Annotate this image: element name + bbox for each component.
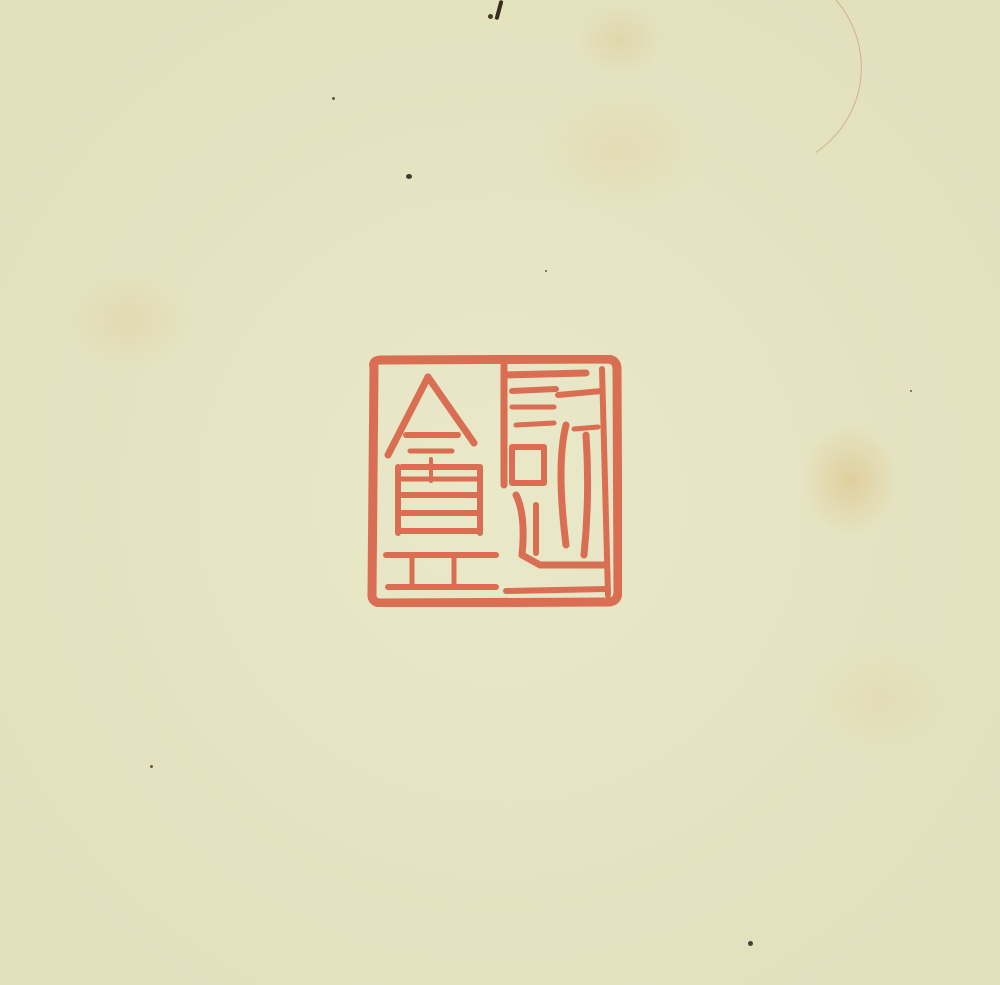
paper-speck	[332, 97, 335, 100]
paper-speck	[406, 174, 412, 179]
red-seal-stamp	[366, 355, 622, 607]
paper-speck	[488, 14, 493, 19]
paper-speck	[150, 765, 153, 768]
paper-speck	[545, 270, 547, 272]
paper-speck	[910, 390, 912, 392]
seal-impression-icon	[366, 355, 622, 607]
paper-speck	[748, 941, 753, 946]
